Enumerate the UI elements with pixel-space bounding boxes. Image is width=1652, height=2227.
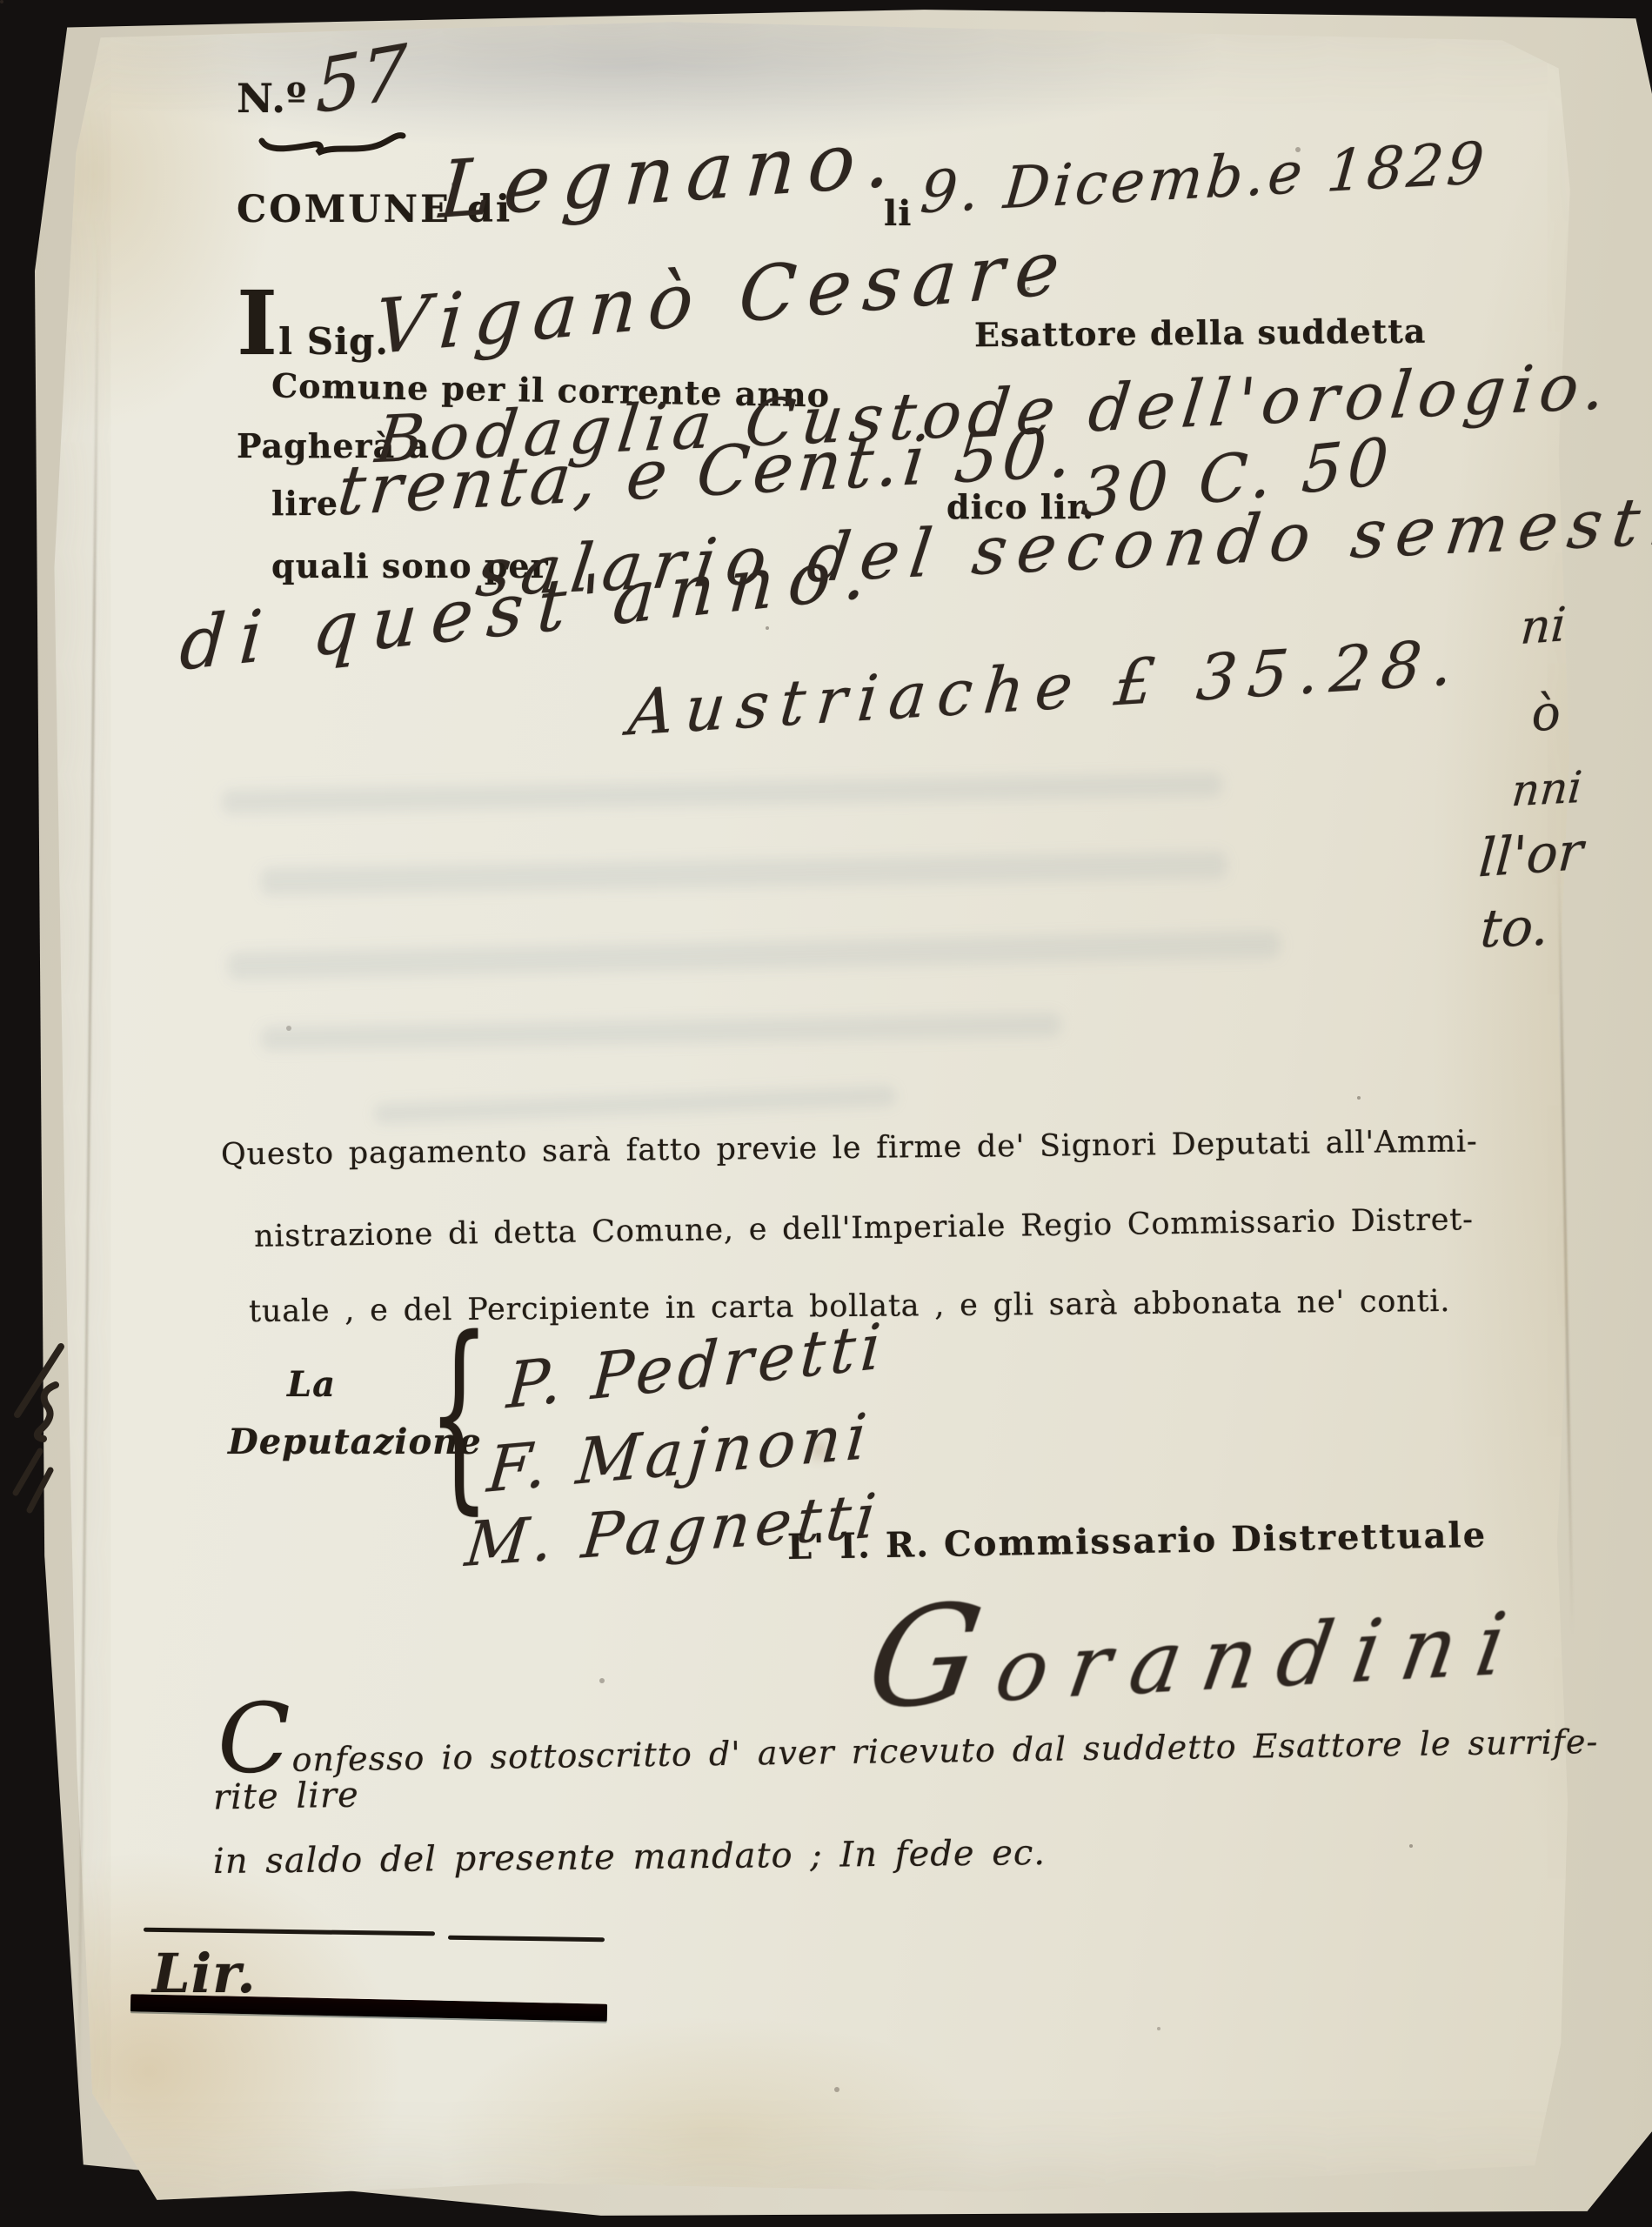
margin-fragment-4: to. [1479,897,1551,960]
deputazione-label-la: La [287,1364,336,1405]
left-margin-ink-marks [5,1340,75,1522]
margin-fragment-1: ò [1529,685,1562,743]
photo-backdrop: { "page": { "number": { "label": "N.º", … [0,0,1652,2227]
deputazione-brace: { [428,1312,491,1516]
receipt-line-2: rite lire [213,1776,360,1818]
paper-specks [0,0,3,3]
esattore-text: Esattore della suddetta [974,311,1427,355]
lire-label: lire [271,484,338,523]
margin-fragment-2: nni [1510,762,1584,817]
doc-number-label: N.º [237,75,307,122]
margin-fragment-3: ll'or [1477,821,1585,890]
doc-number-value: 57 [316,28,407,130]
number-underline-flourish [257,122,409,165]
margin-fragment-0: ni [1519,597,1568,655]
sig-label: Il Sig. [237,280,389,368]
date-label: li [884,193,912,234]
